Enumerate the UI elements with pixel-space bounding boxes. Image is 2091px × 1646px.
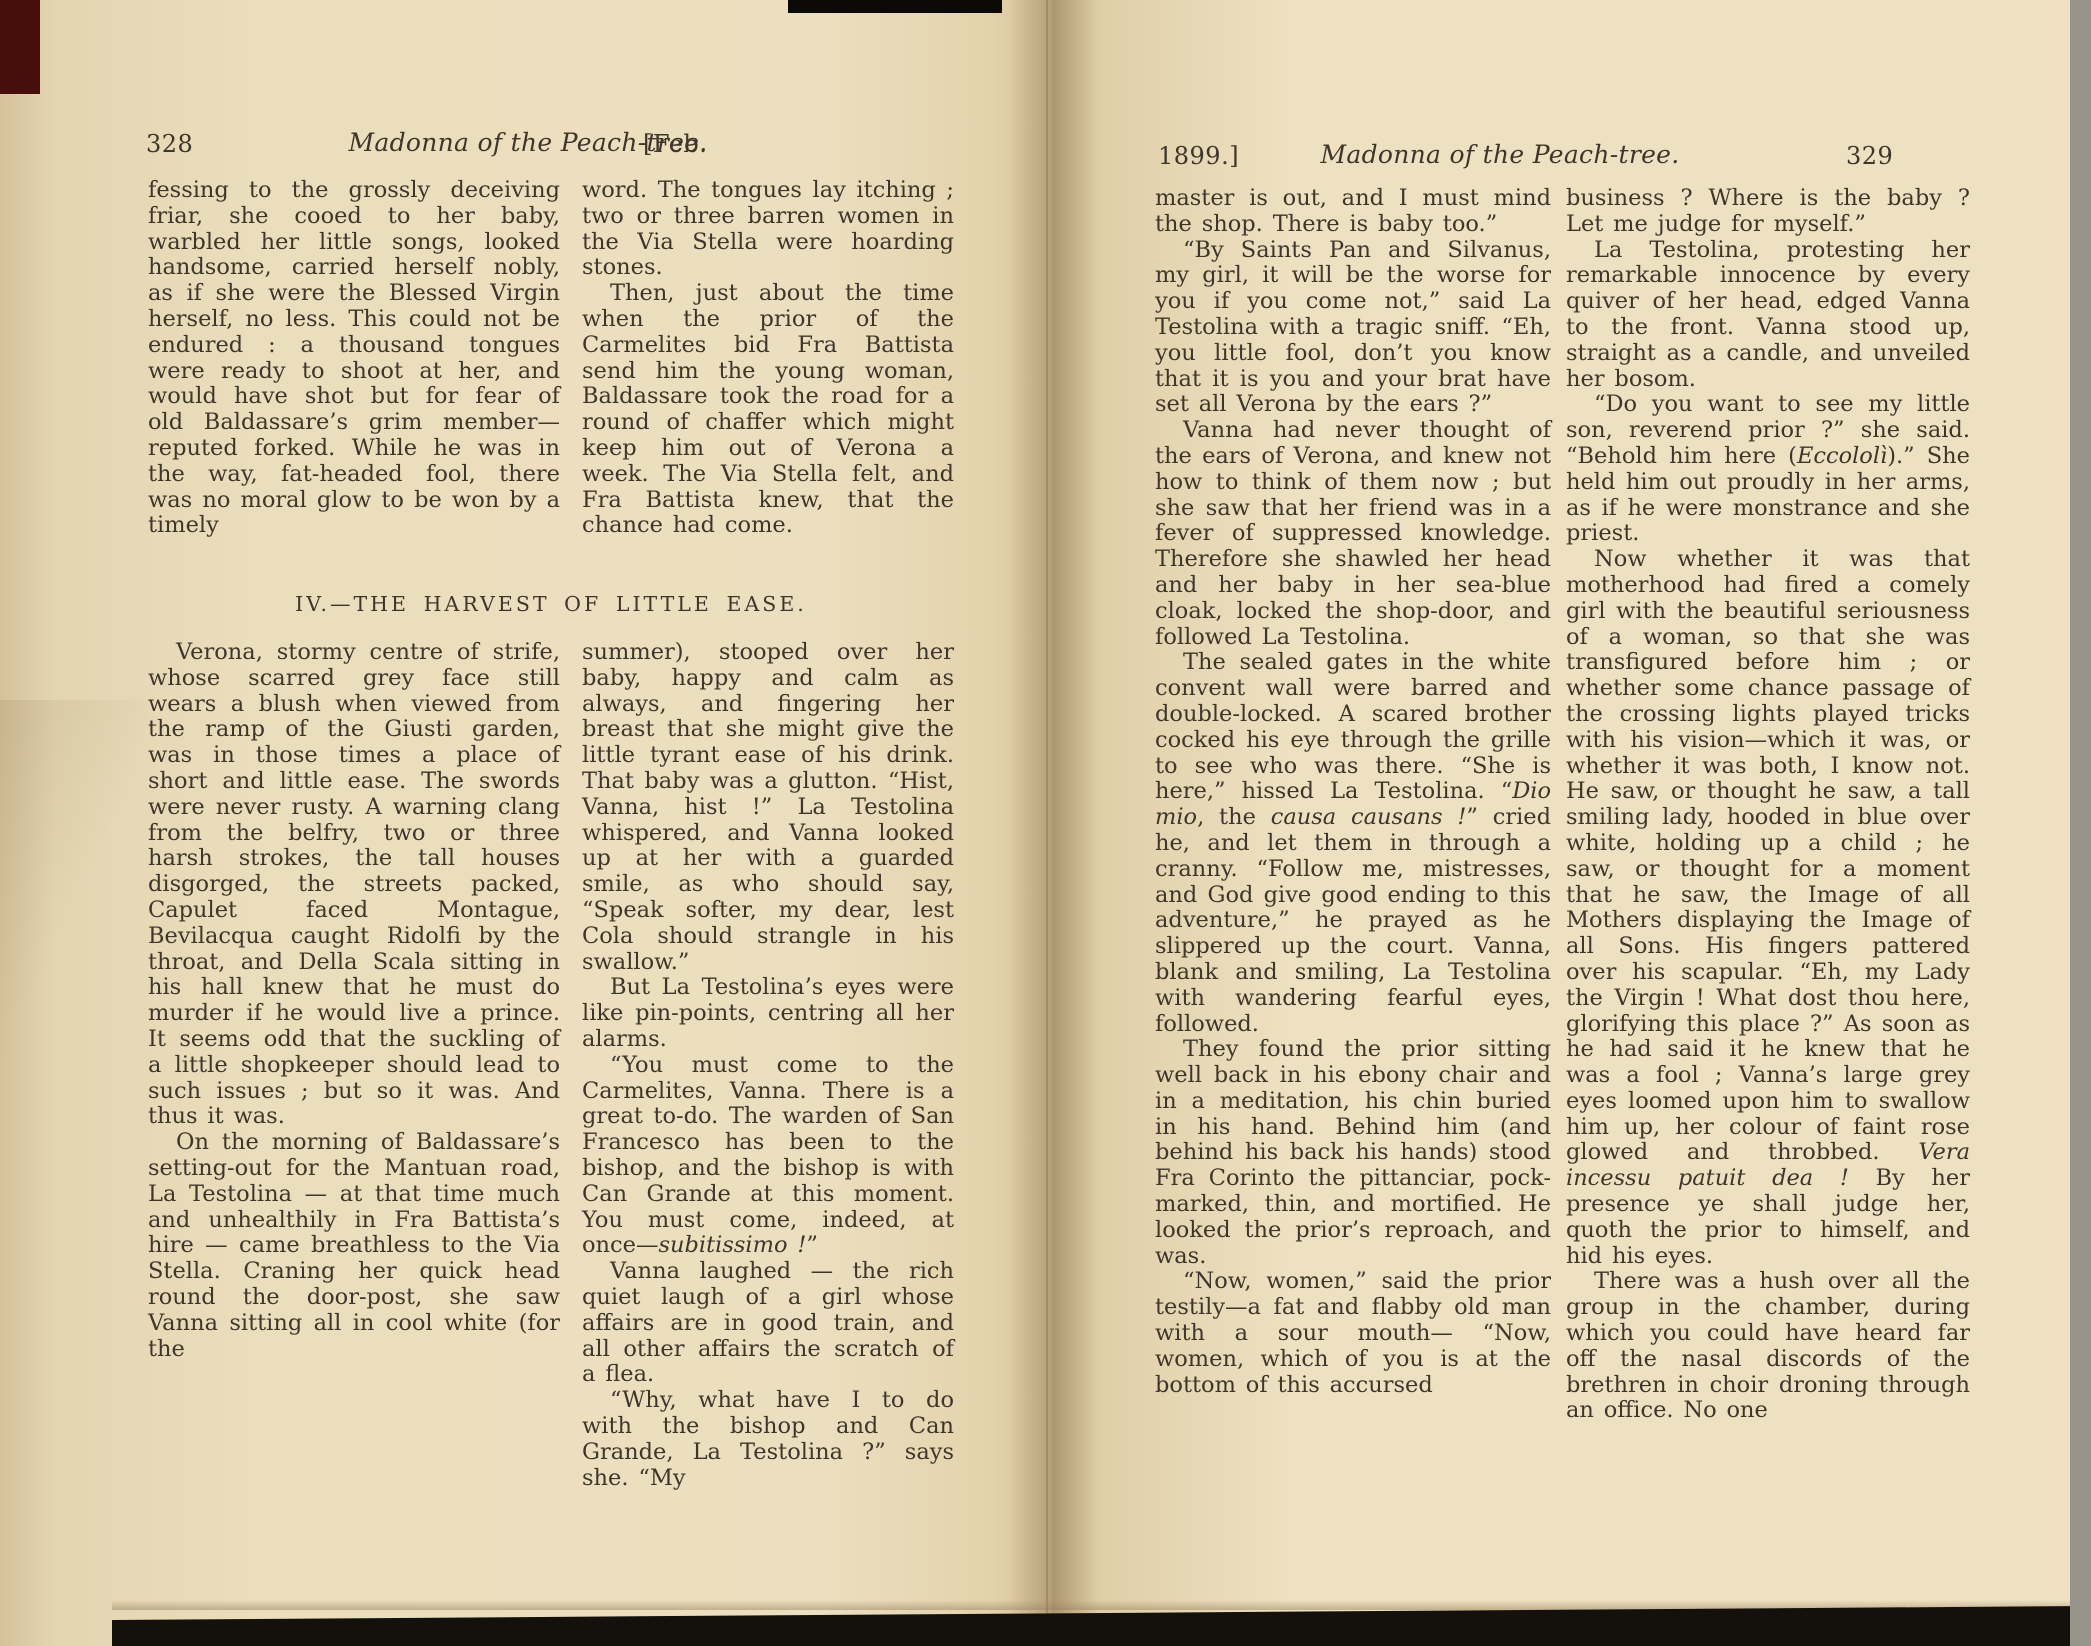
text-run: business ? Where is the baby ? Let me ju… — [1566, 185, 1970, 237]
scan-top-dark-strip — [788, 0, 1002, 13]
text-run: ” cried he, and let them in through a cr… — [1155, 804, 1551, 1036]
text-run: word. The tongues lay itching ; two or t… — [582, 177, 954, 280]
paragraph: fessing to the grossly deceiving friar, … — [148, 178, 560, 539]
text-run: Verona, stormy centre of strife, whose s… — [148, 639, 560, 1129]
paragraph: “Now, women,” said the prior testily—a f… — [1155, 1269, 1551, 1398]
text-run: But La Testolina’s eyes were like pin-po… — [582, 974, 954, 1052]
paragraph: “By Saints Pan and Silvanus, my girl, it… — [1155, 238, 1551, 419]
binding-gutter-shadow — [1008, 0, 1100, 1646]
text-run: summer), stooped over her baby, happy an… — [582, 639, 954, 975]
text-run: “You must come to the Carmelites, Vanna.… — [582, 1052, 954, 1259]
scan-right-edge-strip — [2070, 0, 2091, 1646]
right-issue-year: 1899.] — [1158, 142, 1239, 170]
text-run: “Why, what have I to do with the bishop … — [582, 1387, 954, 1490]
paragraph: Then, just about the time when the prior… — [582, 281, 954, 539]
paragraph: Now whether it was that motherhood had f… — [1566, 547, 1970, 1269]
paragraph: “Why, what have I to do with the bishop … — [582, 1388, 954, 1491]
italic-text-run: subitissimo ! — [658, 1232, 806, 1258]
text-run: “By Saints Pan and Silvanus, my girl, it… — [1155, 237, 1551, 418]
text-run: , the — [1197, 804, 1271, 830]
right-running-title: Madonna of the Peach-tree. — [1250, 140, 1750, 169]
text-run: Vanna laughed — the rich quiet laugh of … — [582, 1258, 954, 1387]
book-scan-spread: 328 Madonna of the Peach-tree. [Feb. 189… — [0, 0, 2091, 1646]
paragraph: There was a hush over all the group in t… — [1566, 1269, 1970, 1424]
section-heading: IV.—THE HARVEST OF LITTLE EASE. — [148, 592, 954, 616]
paragraph: “Do you want to see my little son, rever… — [1566, 392, 1970, 547]
text-run: La Testolina, protesting her remarkable … — [1566, 237, 1970, 392]
text-run: Then, just about the time when the prior… — [582, 280, 954, 538]
text-run: fessing to the grossly deceiving friar, … — [148, 177, 560, 538]
left-page-number: 328 — [146, 130, 193, 158]
p328-column2-lower: summer), stooped over her baby, happy an… — [582, 640, 954, 1491]
cover-corner-fragment — [0, 0, 40, 94]
left-date-marker: [Feb. — [643, 130, 707, 158]
paragraph: “You must come to the Carmelites, Vanna.… — [582, 1053, 954, 1259]
paragraph: Vanna laughed — the rich quiet laugh of … — [582, 1259, 954, 1388]
page-crease-shadow — [0, 700, 150, 1120]
paragraph: Verona, stormy centre of strife, whose s… — [148, 640, 560, 1130]
p329-column2: business ? Where is the baby ? Let me ju… — [1566, 186, 1970, 1424]
italic-text-run: Eccololì — [1797, 443, 1887, 469]
p328-column2-upper: word. The tongues lay itching ; two or t… — [582, 178, 954, 539]
italic-text-run: causa causans ! — [1271, 804, 1467, 830]
paragraph: The sealed gates in the white convent wa… — [1155, 650, 1551, 1037]
text-run: On the morning of Baldassare’s setting-o… — [148, 1129, 560, 1361]
text-run: The sealed gates in the white convent wa… — [1155, 649, 1551, 804]
paragraph: They found the prior sitting well back i… — [1155, 1037, 1551, 1269]
p328-column1-lower: Verona, stormy centre of strife, whose s… — [148, 640, 560, 1362]
text-run: master is out, and I must mind the shop.… — [1155, 185, 1551, 237]
paragraph: master is out, and I must mind the shop.… — [1155, 186, 1551, 238]
paragraph: On the morning of Baldassare’s setting-o… — [148, 1130, 560, 1362]
paragraph: word. The tongues lay itching ; two or t… — [582, 178, 954, 281]
page-fold-edge-line — [1046, 0, 1048, 1646]
text-run: ” — [806, 1232, 818, 1258]
text-run: Vanna had never thought of the ears of V… — [1155, 417, 1551, 649]
paragraph: summer), stooped over her baby, happy an… — [582, 640, 954, 975]
paragraph: But La Testolina’s eyes were like pin-po… — [582, 975, 954, 1052]
right-page-number: 329 — [1846, 142, 1893, 170]
text-run: There was a hush over all the group in t… — [1566, 1268, 1970, 1423]
p329-column1: master is out, and I must mind the shop.… — [1155, 186, 1551, 1398]
paragraph: La Testolina, protesting her remarkable … — [1566, 238, 1970, 393]
p328-column1-upper: fessing to the grossly deceiving friar, … — [148, 178, 560, 539]
text-run: They found the prior sitting well back i… — [1155, 1036, 1551, 1268]
text-run: “Now, women,” said the prior testily—a f… — [1155, 1268, 1551, 1397]
paragraph: business ? Where is the baby ? Let me ju… — [1566, 186, 1970, 238]
paragraph: Vanna had never thought of the ears of V… — [1155, 418, 1551, 650]
text-run: Now whether it was that motherhood had f… — [1566, 546, 1970, 1165]
